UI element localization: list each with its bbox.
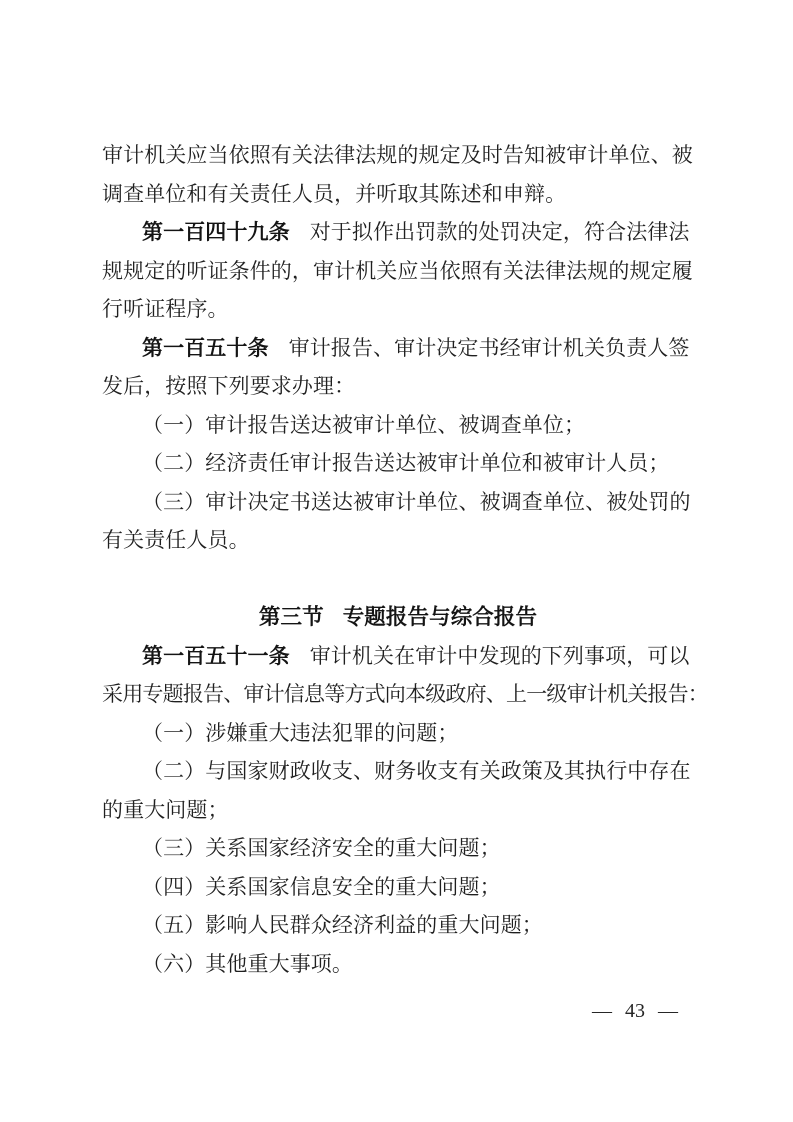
line-text: （五）影响人民群众经济利益的重大问题；: [142, 913, 543, 937]
line-text: 的重大问题；: [102, 798, 229, 822]
line-text: 审计机关在审计中发现的下列事项，可以: [310, 644, 690, 668]
text-line: （四）关系国家信息安全的重大问题；: [102, 868, 694, 907]
line-text: 有关责任人员。: [102, 528, 250, 552]
line-text: 采用专题报告、审计信息等方式向本级政府、上一级审计机关报告：: [102, 682, 708, 706]
text-line: 的重大问题；: [102, 791, 694, 830]
text-line: （三）审计决定书送达被审计单位、被调查单位、被处罚的: [102, 483, 694, 522]
text-line: 第一百五十一条审计机关在审计中发现的下列事项，可以: [102, 637, 694, 676]
line-text: （四）关系国家信息安全的重大问题；: [142, 875, 501, 899]
footer-dash-right: —: [658, 999, 678, 1023]
line-text: 对于拟作出罚款的处罚决定，符合法律法: [310, 220, 690, 244]
line-text: 发后，按照下列要求办理：: [102, 374, 355, 398]
blank-line: [102, 560, 694, 599]
line-text: 行听证程序。: [102, 297, 229, 321]
text-line: （二）经济责任审计报告送达被审计单位和被审计人员；: [102, 444, 694, 483]
line-text: （三）审计决定书送达被审计单位、被调查单位、被处罚的: [142, 490, 691, 514]
section-heading: 第三节专题报告与综合报告: [102, 598, 694, 637]
section-number: 第三节: [259, 605, 324, 629]
text-line: 发后，按照下列要求办理：: [102, 367, 694, 406]
text-line: 调查单位和有关责任人员，并听取其陈述和申辩。: [102, 175, 694, 214]
line-text: 调查单位和有关责任人员，并听取其陈述和申辩。: [102, 182, 566, 206]
article-number: 第一百四十九条: [142, 221, 290, 244]
line-text: （二）与国家财政收支、财务收支有关政策及其执行中存在: [142, 759, 691, 783]
line-text: 专题报告与综合报告: [343, 605, 537, 629]
footer-dash-left: —: [592, 999, 612, 1023]
page-number: 43: [625, 999, 645, 1023]
text-line: 审计机关应当依照有关法律法规的规定及时告知被审计单位、被: [102, 136, 694, 175]
page-footer: — 43 —: [592, 999, 678, 1023]
line-text: 审计机关应当依照有关法律法规的规定及时告知被审计单位、被: [102, 143, 693, 167]
article-number: 第一百五十一条: [142, 645, 290, 668]
document-body: 审计机关应当依照有关法律法规的规定及时告知被审计单位、被调查单位和有关责任人员，…: [102, 136, 694, 983]
line-text: （一）审计报告送达被审计单位、被调查单位；: [142, 413, 585, 437]
text-line: 第一百四十九条对于拟作出罚款的处罚决定，符合法律法: [102, 213, 694, 252]
text-line: （一）审计报告送达被审计单位、被调查单位；: [102, 406, 694, 445]
line-text: （三）关系国家经济安全的重大问题；: [142, 836, 501, 860]
line-text: 规规定的听证条件的，审计机关应当依照有关法律法规的规定履: [102, 259, 693, 283]
text-line: 第一百五十条审计报告、审计决定书经审计机关负责人签: [102, 329, 694, 368]
line-text: （六）其他重大事项。: [142, 952, 353, 976]
line-text: （二）经济责任审计报告送达被审计单位和被审计人员；: [142, 451, 670, 475]
text-line: （三）关系国家经济安全的重大问题；: [102, 829, 694, 868]
text-line: （二）与国家财政收支、财务收支有关政策及其执行中存在: [102, 752, 694, 791]
line-text: 审计报告、审计决定书经审计机关负责人签: [289, 336, 690, 360]
text-line: （六）其他重大事项。: [102, 945, 694, 984]
text-line: 行听证程序。: [102, 290, 694, 329]
text-line: 采用专题报告、审计信息等方式向本级政府、上一级审计机关报告：: [102, 675, 694, 714]
line-text: （一）涉嫌重大违法犯罪的问题；: [142, 721, 459, 745]
text-line: （五）影响人民群众经济利益的重大问题；: [102, 906, 694, 945]
article-number: 第一百五十条: [142, 337, 269, 360]
text-line: 规规定的听证条件的，审计机关应当依照有关法律法规的规定履: [102, 252, 694, 291]
text-line: 有关责任人员。: [102, 521, 694, 560]
document-page: 审计机关应当依照有关法律法规的规定及时告知被审计单位、被调查单位和有关责任人员，…: [0, 0, 793, 1122]
text-line: （一）涉嫌重大违法犯罪的问题；: [102, 714, 694, 753]
